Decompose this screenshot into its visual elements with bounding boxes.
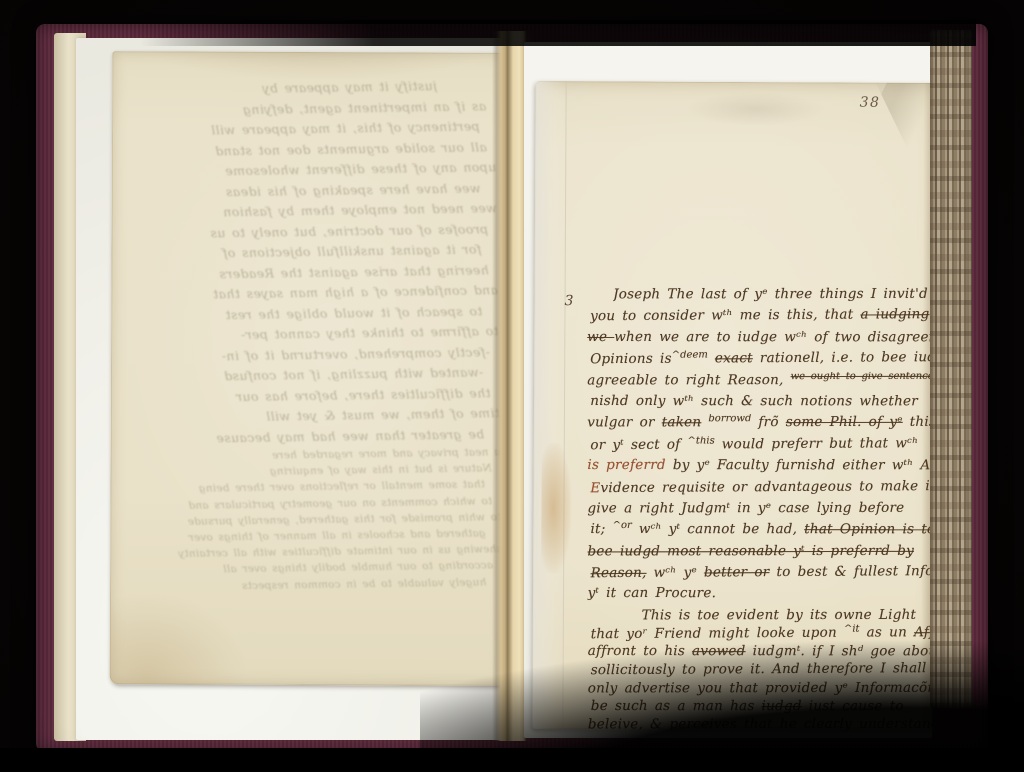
manuscript-segment: rationell, i.e. to bee iudgd most [753, 349, 936, 366]
manuscript-segment: a iudging [860, 307, 929, 323]
manuscript-segment: The last of yᵉ three things I invit'd [667, 286, 928, 302]
manuscript-segment: Joseph [613, 286, 667, 302]
corner-stain [839, 81, 936, 214]
manuscript-segment: to best & fullest Informacõn [769, 563, 935, 580]
manuscript-segment: Reason, [591, 565, 647, 581]
manuscript-segment: give a right Judgmᵗ in yᵉ case lying bef… [587, 500, 904, 517]
manuscript-line: Joseph The last of yᵉ three things I inv… [613, 286, 935, 308]
margin-numeral: 3 [565, 293, 574, 309]
manuscript-segment: bee iudgd most reasonable yᵗ is preferrd… [588, 543, 914, 560]
manuscript-segment: Opinions is [590, 351, 672, 367]
manuscript-segment: exact [715, 350, 753, 366]
manuscript-line: bee iudgd most reasonable yᵗ is preferrd… [588, 543, 936, 565]
manuscript-line: nishd only wᵗʰ such & such notions wheth… [590, 393, 935, 415]
manuscript-line: agreeable to right Reason, we ought to g… [587, 371, 935, 393]
manuscript-segment: wᶜʰ yᵗ cannot be had, [632, 521, 804, 537]
manuscript-segment: by yᵉ Faculty furnishd either wᵗʰ All yᵉ [666, 457, 936, 473]
photograph-stage: justify it may appeare byas if an impert… [0, 0, 1024, 772]
manuscript-segment: taken [662, 415, 702, 431]
manuscript-segment: better or [704, 564, 770, 580]
fore-edge-page-stack [930, 30, 972, 708]
manuscript-segment: nishd only wᵗʰ such & such notions wheth… [590, 393, 918, 409]
manuscript-line: Reason, wᶜʰ yᵉ better or to best & fulle… [591, 563, 936, 586]
manuscript-segment [708, 351, 715, 367]
shadow-overlay-bottom [0, 748, 1024, 772]
paper-stain [685, 92, 825, 127]
manuscript-segment: when we are to iudge wᶜʰ of two disagree… [614, 329, 935, 345]
manuscript-segment: that Opinion is to [804, 521, 935, 537]
manuscript-line: Evidence requisite or advantageous to ma… [590, 478, 935, 501]
ink-show-through-text: justify it may appeare byas if an impert… [115, 77, 503, 643]
manuscript-segment: is preferrd [587, 457, 665, 473]
manuscript-segment: ^this [688, 435, 715, 446]
manuscript-segment: vulgar or [587, 415, 661, 431]
manuscript-segment: would preferr but that wᶜʰ [715, 435, 919, 452]
manuscript-line: vulgar or taken borrowd frõ some Phil. o… [587, 414, 935, 436]
manuscript-segment: vidence requisite or advantageous to mak… [600, 478, 935, 496]
manuscript-segment: frõ [751, 414, 785, 430]
manuscript-segment: wᶜʰ yᵉ [647, 565, 704, 581]
manuscript-paragraph: Joseph The last of yᵉ three things I inv… [587, 286, 936, 607]
paper-stain [152, 51, 482, 79]
folio-number: 38 [860, 95, 881, 111]
manuscript-line: is preferrd by yᵉ Faculty furnishd eithe… [587, 457, 935, 479]
paper-stain [541, 443, 572, 573]
manuscript-segment: agreeable to right Reason, [587, 372, 790, 388]
manuscript-segment: ^deem [672, 350, 708, 361]
manuscript-line: give a right Judgmᵗ in yᵉ case lying bef… [587, 500, 935, 522]
manuscript-line: or yᵗ sect of ^this would preferr but th… [590, 435, 935, 458]
manuscript-segment: borrowd [708, 414, 751, 424]
manuscript-segment: This is toe evident by its owne Light [642, 607, 917, 623]
manuscript-segment: it; [590, 521, 612, 537]
manuscript-segment: or yᵗ sect of [590, 436, 687, 453]
manuscript-line: yᵗ it can Procure. [588, 585, 936, 607]
manuscript-segment: some Phil. of yᵉ [786, 414, 903, 430]
manuscript-segment: you to consider wᵗʰ me is this, that [590, 307, 860, 325]
manuscript-line: you to consider wᵗʰ me is this, that a i… [590, 306, 935, 329]
manuscript-line: Opinions is^deem exact rationell, i.e. t… [590, 349, 935, 372]
manuscript-line: we when we are to iudge wᶜʰ of two disag… [587, 329, 935, 351]
manuscript-segment: yᵗ it can Procure. [588, 585, 717, 601]
manuscript-segment: E [590, 480, 600, 496]
manuscript-segment: we ought to give sentence [791, 371, 934, 381]
manuscript-segment: we [587, 329, 614, 345]
left-manuscript-leaf: justify it may appeare byas if an impert… [110, 51, 508, 686]
manuscript-line: it; ^or wᶜʰ yᵗ cannot be had, that Opini… [590, 521, 935, 543]
manuscript-line: This is toe evident by its owne Light [642, 607, 936, 626]
manuscript-segment: ^or [613, 521, 632, 531]
shadow-overlay-top [140, 20, 976, 46]
